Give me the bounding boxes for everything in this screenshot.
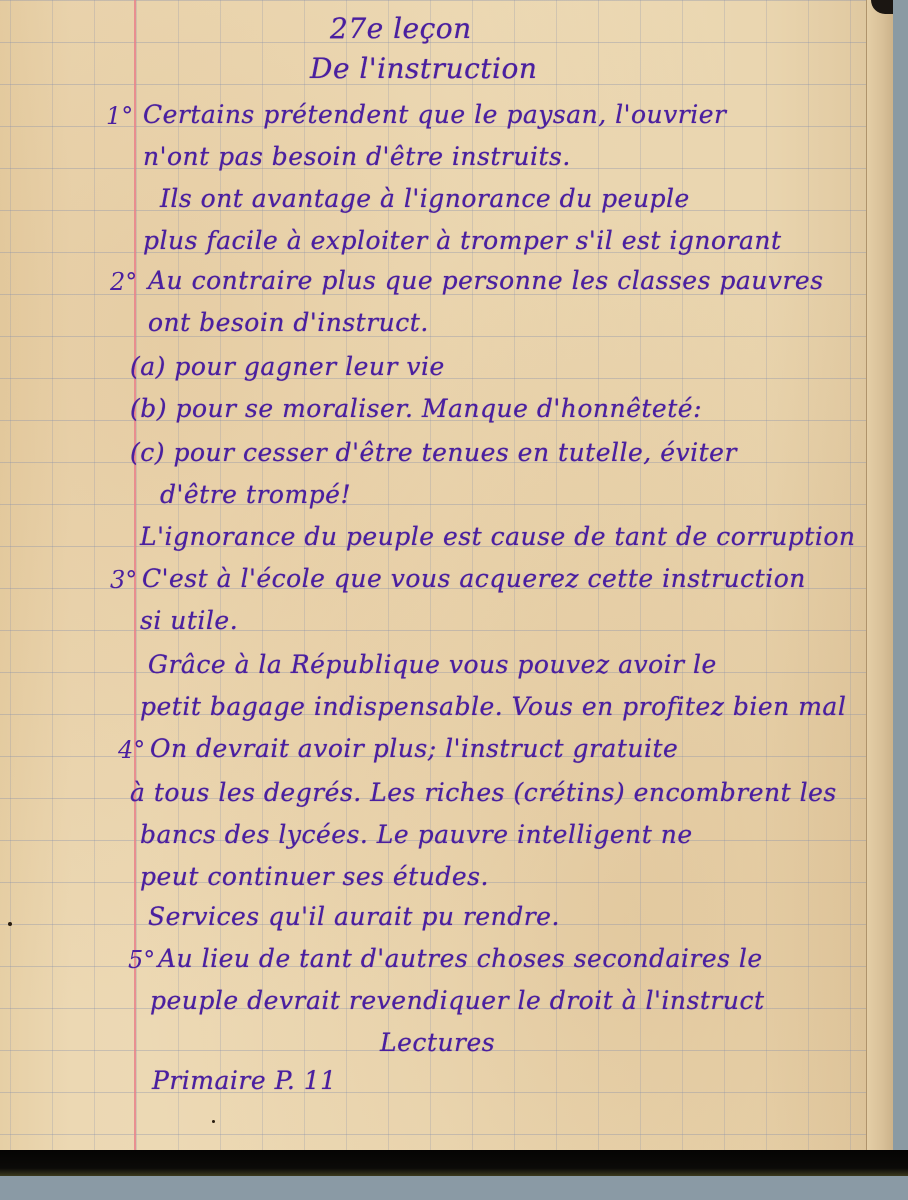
- text-line: ont besoin d'instruct.: [148, 308, 429, 337]
- text-line: Grâce à la République vous pouvez avoir …: [148, 650, 717, 679]
- text-line: On devrait avoir plus; l'instruct gratui…: [150, 734, 678, 763]
- scanner-background: [0, 1176, 908, 1200]
- text-line: peut continuer ses études.: [140, 862, 489, 891]
- text-line: (b) pour se moraliser. Manque d'honnêtet…: [130, 394, 702, 423]
- text-line: (c) pour cesser d'être tenues en tutelle…: [130, 438, 737, 467]
- text-line: n'ont pas besoin d'être instruits.: [143, 142, 571, 171]
- section-number: 4°: [118, 736, 145, 764]
- reference-note: Primaire P. 11: [152, 1066, 337, 1095]
- text-line: C'est à l'école que vous acquerez cette …: [142, 564, 806, 593]
- text-line: à tous les degrés. Les riches (crétins) …: [130, 778, 837, 807]
- lesson-title: De l'instruction: [310, 52, 537, 85]
- text-line: d'être trompé!: [160, 480, 351, 509]
- text-line: L'ignorance du peuple est cause de tant …: [140, 522, 856, 551]
- section-number: 3°: [110, 566, 137, 594]
- text-line: Services qu'il aurait pu rendre.: [148, 902, 560, 931]
- ink-speck: [212, 1120, 215, 1123]
- readings-heading: Lectures: [380, 1028, 495, 1057]
- lesson-number: 27e leçon: [330, 12, 472, 45]
- text-line: petit bagage indispensable. Vous en prof…: [140, 692, 846, 721]
- text-line: Au lieu de tant d'autres choses secondai…: [158, 944, 763, 973]
- text-line: Au contraire plus que personne les class…: [148, 266, 824, 295]
- text-line: Ils ont avantage à l'ignorance du peuple: [160, 184, 690, 213]
- text-line: (a) pour gagner leur vie: [130, 352, 445, 381]
- text-line: peuple devrait revendiquer le droit à l'…: [150, 986, 765, 1015]
- section-number: 1°: [106, 102, 133, 130]
- text-line: si utile.: [140, 606, 238, 635]
- section-number: 2°: [110, 268, 137, 296]
- text-line: bancs des lycées. Le pauvre intelligent …: [140, 820, 693, 849]
- notebook-bottom-shadow: [0, 1150, 908, 1176]
- section-number: 5°: [128, 946, 155, 974]
- notebook-page: 27e leçon De l'instruction 1° Certains p…: [0, 0, 893, 1150]
- text-line: Certains prétendent que le paysan, l'ouv…: [143, 100, 726, 129]
- text-line: plus facile à exploiter à tromper s'il e…: [143, 226, 782, 255]
- ink-speck: [8, 922, 12, 926]
- page-edge: [866, 0, 893, 1150]
